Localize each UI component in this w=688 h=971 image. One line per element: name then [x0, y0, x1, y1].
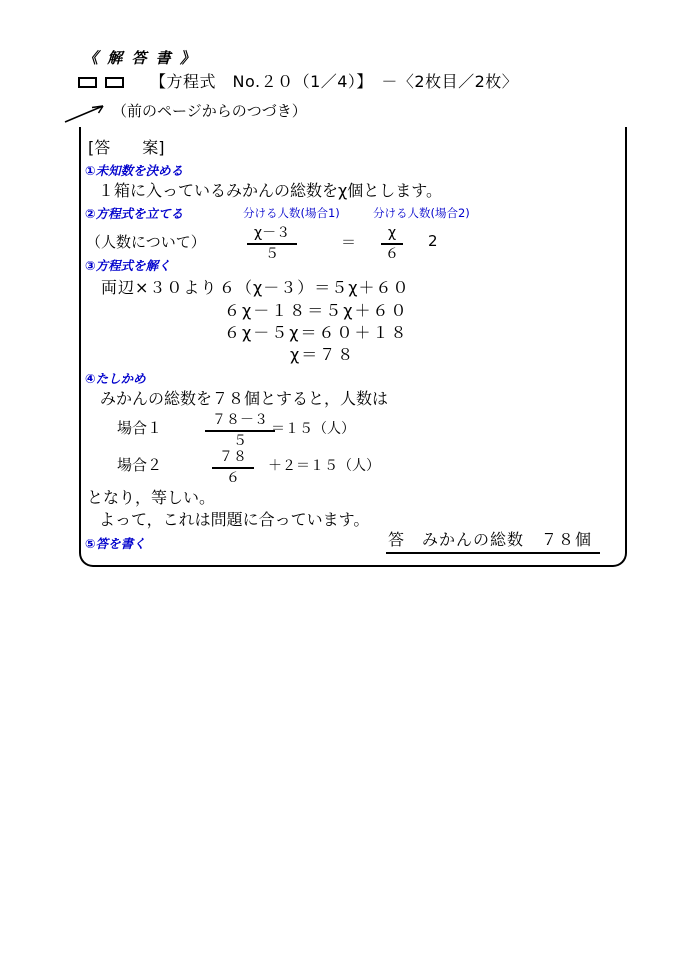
fraction-denominator: ５: [265, 245, 279, 262]
step3-eq4: χ＝７８: [290, 346, 355, 364]
step4-label: ④たしかめ: [85, 372, 146, 386]
step2-case1-caption: 分ける人数(場合1): [243, 207, 340, 220]
step2-fraction-2: χ ６: [381, 225, 403, 262]
step4-case1-result: ＝１５（人）: [271, 421, 355, 437]
continuation-arrow-icon: [62, 101, 110, 125]
fraction-denominator: ６: [385, 245, 399, 262]
step4-intro: みかんの総数を７８個とすると，人数は: [100, 390, 388, 408]
fraction-numerator: χ－３: [247, 225, 297, 245]
marking-checkbox-1: [78, 77, 97, 88]
step4-close2: よって，これは問題に合っています。: [99, 511, 369, 529]
step4-close1: となり，等しい。: [87, 489, 215, 507]
step3-eq2: ６χ－１８＝５χ＋６０: [224, 302, 409, 320]
step2-label: ②方程式を立てる: [85, 207, 183, 221]
step3-prefix: 両辺×３０より: [101, 279, 217, 297]
worksheet-page: 《 解 答 書 》 【方程式 No.２０（1／4）】 －〈2枚目／2枚〉 （前の…: [0, 0, 688, 971]
step2-equals: ＝: [341, 234, 356, 251]
step5-label: ⑤答を書く: [85, 537, 146, 551]
step3-label: ③方程式を解く: [85, 259, 171, 273]
answer-box: [答 案] ①未知数を決める １箱に入っているみかんの総数をχ個とします。 ②方…: [79, 127, 627, 567]
step3-eq3: ６χ－５χ＝６０＋１８: [224, 324, 409, 342]
fraction-numerator: χ: [381, 225, 403, 245]
answer-line: 答 みかんの総数 ７８個: [386, 531, 600, 554]
fraction-numerator: ７８: [212, 449, 254, 469]
step2-fraction-1: χ－３ ５: [247, 225, 297, 262]
marking-checkbox-2: [105, 77, 124, 88]
step3-eq1: ６（χ－３）＝５χ＋６０: [219, 279, 410, 297]
step1-text: １箱に入っているみかんの総数をχ個とします。: [98, 182, 442, 200]
step4-case2-fraction: ７８ ６: [212, 449, 254, 486]
doc-label: 【方程式 No.２０（1／4）】 －〈2枚目／2枚〉: [150, 73, 518, 91]
step4-case1-fraction: ７８－３ ５: [205, 412, 275, 449]
fraction-numerator: ７８－３: [205, 412, 275, 432]
fraction-denominator: ６: [226, 469, 240, 486]
page-title: 《 解 答 書 》: [83, 50, 197, 67]
continuation-note: （前のページからのつづき）: [112, 103, 307, 120]
step4-case2-label: 場合２: [117, 457, 162, 474]
step1-label: ①未知数を決める: [85, 164, 183, 178]
step4-case1-label: 場合１: [117, 420, 162, 437]
step2-tail: 2: [428, 233, 438, 250]
step2-intro: （人数について）: [86, 234, 206, 251]
fraction-denominator: ５: [233, 432, 247, 449]
step4-case2-result: ＋２＝１５（人）: [268, 458, 380, 474]
step2-case2-caption: 分ける人数(場合2): [373, 207, 470, 220]
answer-header: [答 案]: [88, 139, 165, 157]
